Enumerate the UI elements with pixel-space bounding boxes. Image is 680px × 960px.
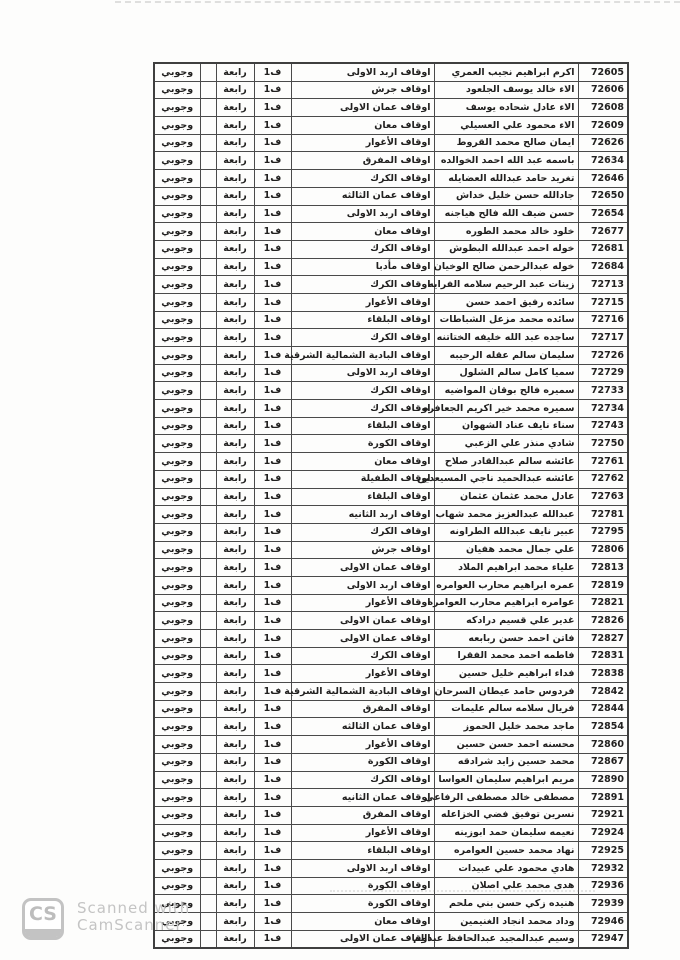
table-row: 72860محسنه احمد حسن حسيناوقاف الأغوارف1ر… [154, 736, 628, 754]
grade-cell: رابعة [216, 576, 254, 594]
table-row: 72646تغريد حامد عبدالله العضايلهاوقاف ال… [154, 170, 628, 188]
directorate-cell: اوقاف المفرق [291, 152, 434, 170]
directorate-cell: اوقاف الأغوار [291, 665, 434, 683]
empty-cell [200, 170, 216, 188]
class-cell: ف1 [254, 170, 291, 188]
employee-number: 72795 [578, 523, 628, 541]
empty-cell [200, 842, 216, 860]
empty-cell [200, 576, 216, 594]
class-cell: ف1 [254, 665, 291, 683]
directorate-cell: اوقاف البلقاء [291, 417, 434, 435]
directorate-cell: اوقاف الكورة [291, 753, 434, 771]
table-row: 72838فداء ابراهيم خليل حسيناوقاف الأغوار… [154, 665, 628, 683]
table-row: 72946وداد محمد انجاد الغنيميناوقاف معانف… [154, 913, 628, 931]
empty-cell [200, 81, 216, 99]
employee-number: 72626 [578, 134, 628, 152]
grade-cell: رابعة [216, 117, 254, 135]
status-cell: وجوبي [154, 240, 200, 258]
directorate-cell: اوقاف البلقاء [291, 488, 434, 506]
table-row: 72729سميا كامل سالم الشلولاوقاف اربد الا… [154, 364, 628, 382]
table-row: 72684خوله عبدالرحمن صالح الوخياناوقاف مأ… [154, 258, 628, 276]
employee-name: مصطفى خالد مصطفى الرفاعي [434, 789, 578, 807]
table-row: 72854ماجد محمد خليل الحموزاوقاف عمان الث… [154, 718, 628, 736]
employee-name: الاء خالد يوسف الجلعود [434, 81, 578, 99]
employee-number: 72684 [578, 258, 628, 276]
employee-number: 72717 [578, 329, 628, 347]
employee-number: 72936 [578, 877, 628, 895]
status-cell: وجوبي [154, 523, 200, 541]
status-cell: وجوبي [154, 329, 200, 347]
empty-cell [200, 753, 216, 771]
directorate-cell: اوقاف اربد الاولى [291, 576, 434, 594]
table-row: 72844فريال سلامه سالم عليماتاوقاف المفرق… [154, 700, 628, 718]
status-cell: وجوبي [154, 718, 200, 736]
employee-name: عبير نايف عبدالله الطراونه [434, 523, 578, 541]
empty-cell [200, 700, 216, 718]
grade-cell: رابعة [216, 806, 254, 824]
class-cell: ف1 [254, 187, 291, 205]
class-cell: ف1 [254, 258, 291, 276]
class-cell: ف1 [254, 824, 291, 842]
grade-cell: رابعة [216, 293, 254, 311]
employee-name: تغريد حامد عبدالله العضايله [434, 170, 578, 188]
empty-cell [200, 506, 216, 524]
employee-number: 72734 [578, 400, 628, 418]
status-cell: وجوبي [154, 753, 200, 771]
grade-cell: رابعة [216, 134, 254, 152]
grade-cell: رابعة [216, 240, 254, 258]
table-row: 72750شادي منذر علي الزعبياوقاف الكورةف1ر… [154, 435, 628, 453]
class-cell: ف1 [254, 417, 291, 435]
status-cell: وجوبي [154, 205, 200, 223]
directorate-cell: اوقاف الكرك [291, 240, 434, 258]
directorate-cell: اوقاف الكرك [291, 329, 434, 347]
class-cell: ف1 [254, 99, 291, 117]
directorate-cell: اوقاف الكرك [291, 170, 434, 188]
empty-cell [200, 789, 216, 807]
table-row: 72654حسن ضيف الله فالح هياجنهاوقاف اربد … [154, 205, 628, 223]
empty-cell [200, 311, 216, 329]
class-cell: ف1 [254, 435, 291, 453]
empty-cell [200, 453, 216, 471]
empty-cell [200, 718, 216, 736]
employee-number: 72831 [578, 647, 628, 665]
class-cell: ف1 [254, 700, 291, 718]
class-cell: ف1 [254, 400, 291, 418]
directorate-cell: اوقاف معان [291, 913, 434, 931]
employee-name: هادي محمود علي عبيدات [434, 859, 578, 877]
roster-table: 72605اكرم ابراهيم نجيب العمرياوقاف اربد … [153, 62, 629, 949]
grade-cell: رابعة [216, 99, 254, 117]
table-row: 72608الاء عادل شحاده يوسفاوقاف عمان الاو… [154, 99, 628, 117]
directorate-cell: اوقاف عمان الثالثه [291, 187, 434, 205]
employee-name: فاتن احمد حسن ربابعه [434, 630, 578, 648]
directorate-cell: اوقاف اربد الاولى [291, 859, 434, 877]
empty-cell [200, 523, 216, 541]
employee-number: 72761 [578, 453, 628, 471]
empty-cell [200, 276, 216, 294]
employee-name: علي جمال محمد هفيان [434, 541, 578, 559]
empty-cell [200, 824, 216, 842]
class-cell: ف1 [254, 630, 291, 648]
empty-cell [200, 400, 216, 418]
empty-cell [200, 63, 216, 81]
status-cell: وجوبي [154, 223, 200, 241]
status-cell: وجوبي [154, 187, 200, 205]
status-cell: وجوبي [154, 842, 200, 860]
status-cell: وجوبي [154, 152, 200, 170]
status-cell: وجوبي [154, 470, 200, 488]
class-cell: ف1 [254, 753, 291, 771]
employee-name: باسمه عبد الله احمد الخوالده [434, 152, 578, 170]
status-cell: وجوبي [154, 612, 200, 630]
employee-name: سائده محمد مزعل الشباطات [434, 311, 578, 329]
empty-cell [200, 117, 216, 135]
status-cell: وجوبي [154, 806, 200, 824]
directorate-cell: اوقاف الكرك [291, 400, 434, 418]
employee-name: محمد حسين زايد شرادقه [434, 753, 578, 771]
table-row: 72819عمره ابراهيم محارب العوامرهاوقاف ار… [154, 576, 628, 594]
employee-name: اكرم ابراهيم نجيب العمري [434, 63, 578, 81]
status-cell: وجوبي [154, 417, 200, 435]
grade-cell: رابعة [216, 488, 254, 506]
grade-cell: رابعة [216, 665, 254, 683]
employee-number: 72606 [578, 81, 628, 99]
employee-name: الاء محمود علي العسيلي [434, 117, 578, 135]
empty-cell [200, 364, 216, 382]
status-cell: وجوبي [154, 506, 200, 524]
table-row: 72743سناء نايف عناد الشهواناوقاف البلقاء… [154, 417, 628, 435]
directorate-cell: اوقاف معان [291, 453, 434, 471]
employee-number: 72924 [578, 824, 628, 842]
class-cell: ف1 [254, 81, 291, 99]
class-cell: ف1 [254, 311, 291, 329]
table-row: 72806علي جمال محمد هفياناوقاف جرشف1رابعة… [154, 541, 628, 559]
directorate-cell: اوقاف الأغوار [291, 293, 434, 311]
directorate-cell: اوقاف اربد الاولى [291, 205, 434, 223]
employee-name: حسن ضيف الله فالح هياجنه [434, 205, 578, 223]
empty-cell [200, 223, 216, 241]
grade-cell: رابعة [216, 877, 254, 895]
empty-cell [200, 930, 216, 948]
grade-cell: رابعة [216, 400, 254, 418]
employee-name: عادل محمد عثمان عثمان [434, 488, 578, 506]
employee-number: 72826 [578, 612, 628, 630]
class-cell: ف1 [254, 63, 291, 81]
grade-cell: رابعة [216, 700, 254, 718]
table-row: 72781عبدالله عبدالعزيز محمد شهاباوقاف ار… [154, 506, 628, 524]
class-cell: ف1 [254, 205, 291, 223]
class-cell: ف1 [254, 859, 291, 877]
table-row: 72733سميره فالح بوقان المواضيهاوقاف الكر… [154, 382, 628, 400]
empty-cell [200, 877, 216, 895]
grade-cell: رابعة [216, 895, 254, 913]
class-cell: ف1 [254, 718, 291, 736]
empty-cell [200, 665, 216, 683]
empty-cell [200, 329, 216, 347]
grade-cell: رابعة [216, 913, 254, 931]
employee-number: 72716 [578, 311, 628, 329]
directorate-cell: اوقاف الأغوار [291, 594, 434, 612]
employee-name: هنيده زكي حسن بني ملحم [434, 895, 578, 913]
class-cell: ف1 [254, 152, 291, 170]
class-cell: ف1 [254, 329, 291, 347]
table-row: 72921نسرين توفيق فضي الخزاعلهاوقاف المفر… [154, 806, 628, 824]
employee-name: هدى محمد علي اصلان [434, 877, 578, 895]
table-row: 72634باسمه عبد الله احمد الخوالدهاوقاف ا… [154, 152, 628, 170]
employee-number: 72726 [578, 347, 628, 365]
grade-cell: رابعة [216, 789, 254, 807]
grade-cell: رابعة [216, 170, 254, 188]
grade-cell: رابعة [216, 771, 254, 789]
employee-name: ساجده عبد الله خليفه الختاتنه [434, 329, 578, 347]
table-row: 72763عادل محمد عثمان عثماناوقاف البلقاءف… [154, 488, 628, 506]
camscanner-logo-bar [25, 929, 61, 937]
employee-number: 72844 [578, 700, 628, 718]
directorate-cell: اوقاف الأغوار [291, 824, 434, 842]
empty-cell [200, 205, 216, 223]
table-row: 72734سميره محمد خير اكريم الجعافرهاوقاف … [154, 400, 628, 418]
class-cell: ف1 [254, 506, 291, 524]
directorate-cell: اوقاف عمان الثانيه [291, 789, 434, 807]
empty-cell [200, 258, 216, 276]
directorate-cell: اوقاف الكرك [291, 523, 434, 541]
employee-name: عائشه عبدالحميد ناجي المسيعدين [434, 470, 578, 488]
employee-number: 72762 [578, 470, 628, 488]
directorate-cell: اوقاف عمان الثالثه [291, 718, 434, 736]
grade-cell: رابعة [216, 683, 254, 701]
table-row: 72925نهاد محمد حسين العوامرهاوقاف البلقا… [154, 842, 628, 860]
table-row: 72605اكرم ابراهيم نجيب العمرياوقاف اربد … [154, 63, 628, 81]
empty-cell [200, 806, 216, 824]
employee-number: 72750 [578, 435, 628, 453]
directorate-cell: اوقاف عمان الاولى [291, 559, 434, 577]
employee-number: 72867 [578, 753, 628, 771]
status-cell: وجوبي [154, 400, 200, 418]
grade-cell: رابعة [216, 718, 254, 736]
employee-name: جادالله حسن خليل خداش [434, 187, 578, 205]
empty-cell [200, 470, 216, 488]
empty-cell [200, 683, 216, 701]
table-row: 72924نعيمه سليمان حمد ابوزينهاوقاف الأغو… [154, 824, 628, 842]
status-cell: وجوبي [154, 683, 200, 701]
status-cell: وجوبي [154, 824, 200, 842]
grade-cell: رابعة [216, 647, 254, 665]
employee-number: 72939 [578, 895, 628, 913]
status-cell: وجوبي [154, 134, 200, 152]
class-cell: ف1 [254, 523, 291, 541]
status-cell: وجوبي [154, 63, 200, 81]
employee-name: فاطمه احمد محمد الفقرا [434, 647, 578, 665]
employee-number: 72763 [578, 488, 628, 506]
status-cell: وجوبي [154, 488, 200, 506]
class-cell: ف1 [254, 789, 291, 807]
table-row: 72717ساجده عبد الله خليفه الختاتنهاوقاف … [154, 329, 628, 347]
grade-cell: رابعة [216, 470, 254, 488]
directorate-cell: اوقاف مأدبا [291, 258, 434, 276]
empty-cell [200, 435, 216, 453]
class-cell: ف1 [254, 453, 291, 471]
employee-number: 72925 [578, 842, 628, 860]
employee-name: عائشه سالم عبدالقادر صلاح [434, 453, 578, 471]
employee-number: 72650 [578, 187, 628, 205]
directorate-cell: اوقاف اربد الثانيه [291, 506, 434, 524]
table-row: 72726سليمان سالم عقله الرحيبهاوقاف الباد… [154, 347, 628, 365]
empty-cell [200, 559, 216, 577]
employee-name: نسرين توفيق فضي الخزاعله [434, 806, 578, 824]
status-cell: وجوبي [154, 382, 200, 400]
table-row: 72842فردوس حامد عيطان السرحاناوقاف الباد… [154, 683, 628, 701]
employee-number: 72677 [578, 223, 628, 241]
empty-cell [200, 859, 216, 877]
grade-cell: رابعة [216, 435, 254, 453]
directorate-cell: اوقاف معان [291, 117, 434, 135]
status-cell: وجوبي [154, 877, 200, 895]
empty-cell [200, 240, 216, 258]
empty-cell [200, 347, 216, 365]
empty-cell [200, 488, 216, 506]
class-cell: ف1 [254, 877, 291, 895]
directorate-cell: اوقاف الكرك [291, 276, 434, 294]
empty-cell [200, 382, 216, 400]
employee-name: ايمان صالح محمد القروط [434, 134, 578, 152]
employee-name: عوامره ابراهيم محارب العوامره [434, 594, 578, 612]
status-cell: وجوبي [154, 789, 200, 807]
camscanner-watermark: CS Scanned with CamScanner [22, 898, 190, 940]
employee-number: 72608 [578, 99, 628, 117]
employee-name: سناء نايف عناد الشهوان [434, 417, 578, 435]
employee-number: 72715 [578, 293, 628, 311]
grade-cell: رابعة [216, 276, 254, 294]
grade-cell: رابعة [216, 736, 254, 754]
directorate-cell: اوقاف الطفيلة [291, 470, 434, 488]
directorate-cell: اوقاف الكورة [291, 877, 434, 895]
table-row: 72890مريم ابراهيم سليمان العواسااوقاف ال… [154, 771, 628, 789]
grade-cell: رابعة [216, 258, 254, 276]
empty-cell [200, 736, 216, 754]
grade-cell: رابعة [216, 382, 254, 400]
directorate-cell: اوقاف عمان الاولى [291, 630, 434, 648]
grade-cell: رابعة [216, 347, 254, 365]
status-cell: وجوبي [154, 293, 200, 311]
employee-name: عبدالله عبدالعزيز محمد شهاب [434, 506, 578, 524]
table-row: 72947وسيم عبدالمجيد عبدالحافظ عبدالماوقا… [154, 930, 628, 948]
class-cell: ف1 [254, 117, 291, 135]
table-row: 72677خلود خالد محمد الطورهاوقاف معانف1را… [154, 223, 628, 241]
class-cell: ف1 [254, 276, 291, 294]
employee-number: 72947 [578, 930, 628, 948]
employee-number: 72819 [578, 576, 628, 594]
grade-cell: رابعة [216, 417, 254, 435]
empty-cell [200, 99, 216, 117]
employee-name: شادي منذر علي الزعبي [434, 435, 578, 453]
empty-cell [200, 134, 216, 152]
status-cell: وجوبي [154, 559, 200, 577]
directorate-cell: اوقاف البلقاء [291, 842, 434, 860]
status-cell: وجوبي [154, 99, 200, 117]
class-cell: ف1 [254, 647, 291, 665]
status-cell: وجوبي [154, 771, 200, 789]
table-row: 72831فاطمه احمد محمد الفقرااوقاف الكركف1… [154, 647, 628, 665]
class-cell: ف1 [254, 364, 291, 382]
grade-cell: رابعة [216, 81, 254, 99]
directorate-cell: اوقاف اربد الاولى [291, 364, 434, 382]
empty-cell [200, 594, 216, 612]
employee-number: 72729 [578, 364, 628, 382]
employee-name: فردوس حامد عيطان السرحان [434, 683, 578, 701]
employee-name: وداد محمد انجاد الغنيمين [434, 913, 578, 931]
status-cell: وجوبي [154, 81, 200, 99]
employee-number: 72854 [578, 718, 628, 736]
class-cell: ف1 [254, 541, 291, 559]
table-row: 72891مصطفى خالد مصطفى الرفاعياوقاف عمان … [154, 789, 628, 807]
directorate-cell: اوقاف البادية الشمالية الشرقية [291, 347, 434, 365]
class-cell: ف1 [254, 771, 291, 789]
empty-cell [200, 630, 216, 648]
employee-number: 72842 [578, 683, 628, 701]
employee-name: مريم ابراهيم سليمان العواسا [434, 771, 578, 789]
status-cell: وجوبي [154, 258, 200, 276]
grade-cell: رابعة [216, 223, 254, 241]
empty-cell [200, 417, 216, 435]
table-row: 72650جادالله حسن خليل خداشاوقاف عمان الث… [154, 187, 628, 205]
grade-cell: رابعة [216, 364, 254, 382]
class-cell: ف1 [254, 612, 291, 630]
grade-cell: رابعة [216, 859, 254, 877]
employee-name: سميره محمد خير اكريم الجعافره [434, 400, 578, 418]
grade-cell: رابعة [216, 559, 254, 577]
table-row: 72795عبير نايف عبدالله الطراونهاوقاف الك… [154, 523, 628, 541]
employee-number: 72813 [578, 559, 628, 577]
employee-number: 72681 [578, 240, 628, 258]
grade-cell: رابعة [216, 930, 254, 948]
class-cell: ف1 [254, 913, 291, 931]
table-row: 72716سائده محمد مزعل الشباطاتاوقاف البلق… [154, 311, 628, 329]
class-cell: ف1 [254, 842, 291, 860]
directorate-cell: اوقاف الكرك [291, 382, 434, 400]
grade-cell: رابعة [216, 329, 254, 347]
status-cell: وجوبي [154, 364, 200, 382]
directorate-cell: اوقاف عمان الاولى [291, 612, 434, 630]
class-cell: ف1 [254, 895, 291, 913]
employee-name: ماجد محمد خليل الحموز [434, 718, 578, 736]
watermark-line2: CamScanner [77, 917, 190, 934]
employee-name: سميره فالح بوقان المواضيه [434, 382, 578, 400]
employee-name: فداء ابراهيم خليل حسين [434, 665, 578, 683]
employee-number: 72806 [578, 541, 628, 559]
status-cell: وجوبي [154, 276, 200, 294]
table-row: 72932هادي محمود علي عبيداتاوقاف اربد الا… [154, 859, 628, 877]
status-cell: وجوبي [154, 117, 200, 135]
grade-cell: رابعة [216, 753, 254, 771]
empty-cell [200, 187, 216, 205]
status-cell: وجوبي [154, 541, 200, 559]
table-row: 72606الاء خالد يوسف الجلعوداوقاف جرشف1را… [154, 81, 628, 99]
class-cell: ف1 [254, 134, 291, 152]
employee-number: 72890 [578, 771, 628, 789]
employee-name: سميا كامل سالم الشلول [434, 364, 578, 382]
employee-name: نهاد محمد حسين العوامره [434, 842, 578, 860]
camscanner-logo-text: CS [29, 905, 57, 924]
employee-number: 72781 [578, 506, 628, 524]
grade-cell: رابعة [216, 523, 254, 541]
table-row: 72681خوله احمد عبدالله البطوشاوقاف الكرك… [154, 240, 628, 258]
table-row: 72827فاتن احمد حسن ربابعهاوقاف عمان الاو… [154, 630, 628, 648]
status-cell: وجوبي [154, 859, 200, 877]
status-cell: وجوبي [154, 576, 200, 594]
scan-artifact-line-bottom [330, 890, 595, 892]
table-row: 72936هدى محمد علي اصلاناوقاف الكورةف1راب… [154, 877, 628, 895]
